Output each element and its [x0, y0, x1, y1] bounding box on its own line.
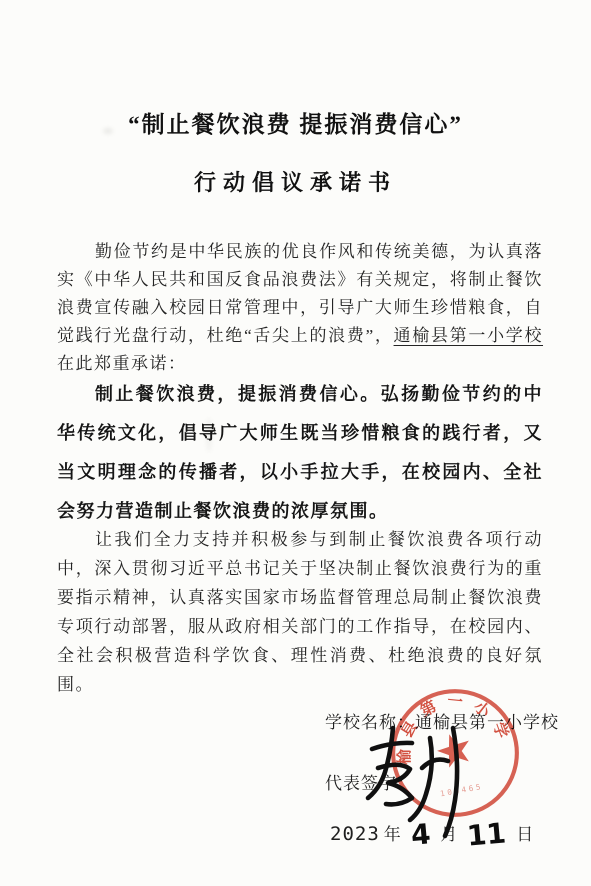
school-name-underlined: 通榆县第一小学校	[394, 326, 543, 345]
paragraph-action: 让我们全力支持并积极参与到制止餐饮浪费各项行动中，深入贯彻习近平总书记关于坚决制…	[57, 525, 543, 699]
document-title: “制止餐饮浪费 提振消费信心” 行动倡议承诺书	[0, 106, 591, 197]
signature-handwriting: 袁帅	[358, 716, 494, 842]
opening-text-after-school: 在此郑重承诺：	[57, 354, 187, 373]
title-line-2: 行动倡议承诺书	[0, 166, 591, 197]
paragraph-commitment: 制止餐饮浪费，提振消费信心。弘扬勤俭节约的中华传统文化，倡导广大师生既当珍惜粮食…	[57, 375, 543, 531]
title-line-1: “制止餐饮浪费 提振消费信心”	[0, 106, 591, 139]
date-day-unit: 日	[516, 825, 533, 844]
paragraph-opening: 勤俭节约是中华民族的优良作风和传统美德，为认真落实《中华人民共和国反食品浪费法》…	[57, 238, 543, 378]
scanned-pledge-document: “制止餐饮浪费 提振消费信心” 行动倡议承诺书 勤俭节约是中华民族的优良作风和传…	[0, 0, 591, 886]
